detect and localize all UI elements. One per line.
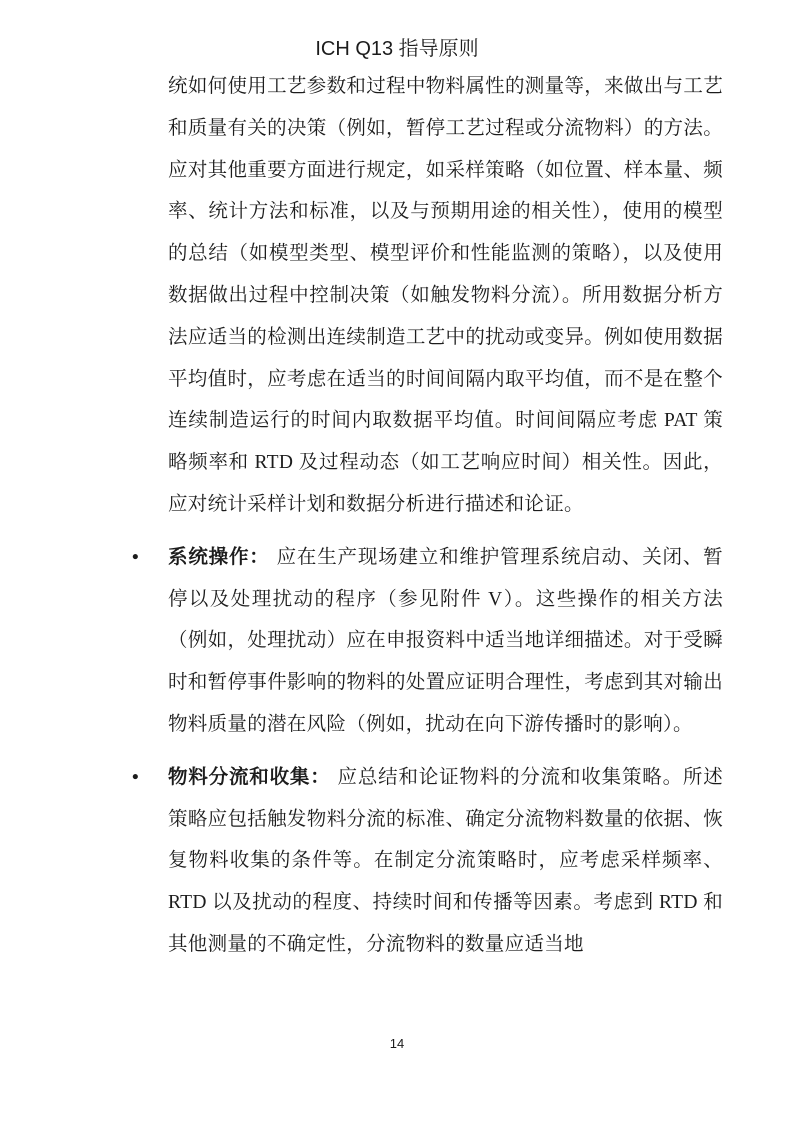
document-page: ICH Q13 指导原则 统如何使用工艺参数和过程中物料属性的测量等，来做出与工…	[0, 0, 794, 1123]
document-body: 统如何使用工艺参数和过程中物料属性的测量等，来做出与工艺和质量有关的决策（例如，…	[168, 66, 723, 966]
bullet-icon: •	[132, 537, 139, 579]
list-item-material-diversion: • 物料分流和收集：应总结和论证物料的分流和收集策略。所述策略应包括触发物料分流…	[168, 757, 723, 966]
bullet-icon: •	[132, 757, 139, 799]
page-number: 14	[0, 1035, 794, 1052]
list-item-system-operation: • 系统操作：应在生产现场建立和维护管理系统启动、关闭、暂停以及处理扰动的程序（…	[168, 537, 723, 746]
bullet-label: 系统操作：	[168, 547, 270, 568]
bullet-text: 应总结和论证物料的分流和收集策略。所述策略应包括触发物料分流的标准、确定分流物料…	[168, 767, 723, 955]
bullet-text: 应在生产现场建立和维护管理系统启动、关闭、暂停以及处理扰动的程序（参见附件 V）…	[168, 547, 723, 735]
paragraph-continuation: 统如何使用工艺参数和过程中物料属性的测量等，来做出与工艺和质量有关的决策（例如，…	[168, 66, 723, 526]
bullet-label: 物料分流和收集：	[168, 767, 331, 788]
bullet-list: • 系统操作：应在生产现场建立和维护管理系统启动、关闭、暂停以及处理扰动的程序（…	[168, 537, 723, 966]
page-title: ICH Q13 指导原则	[0, 36, 794, 62]
